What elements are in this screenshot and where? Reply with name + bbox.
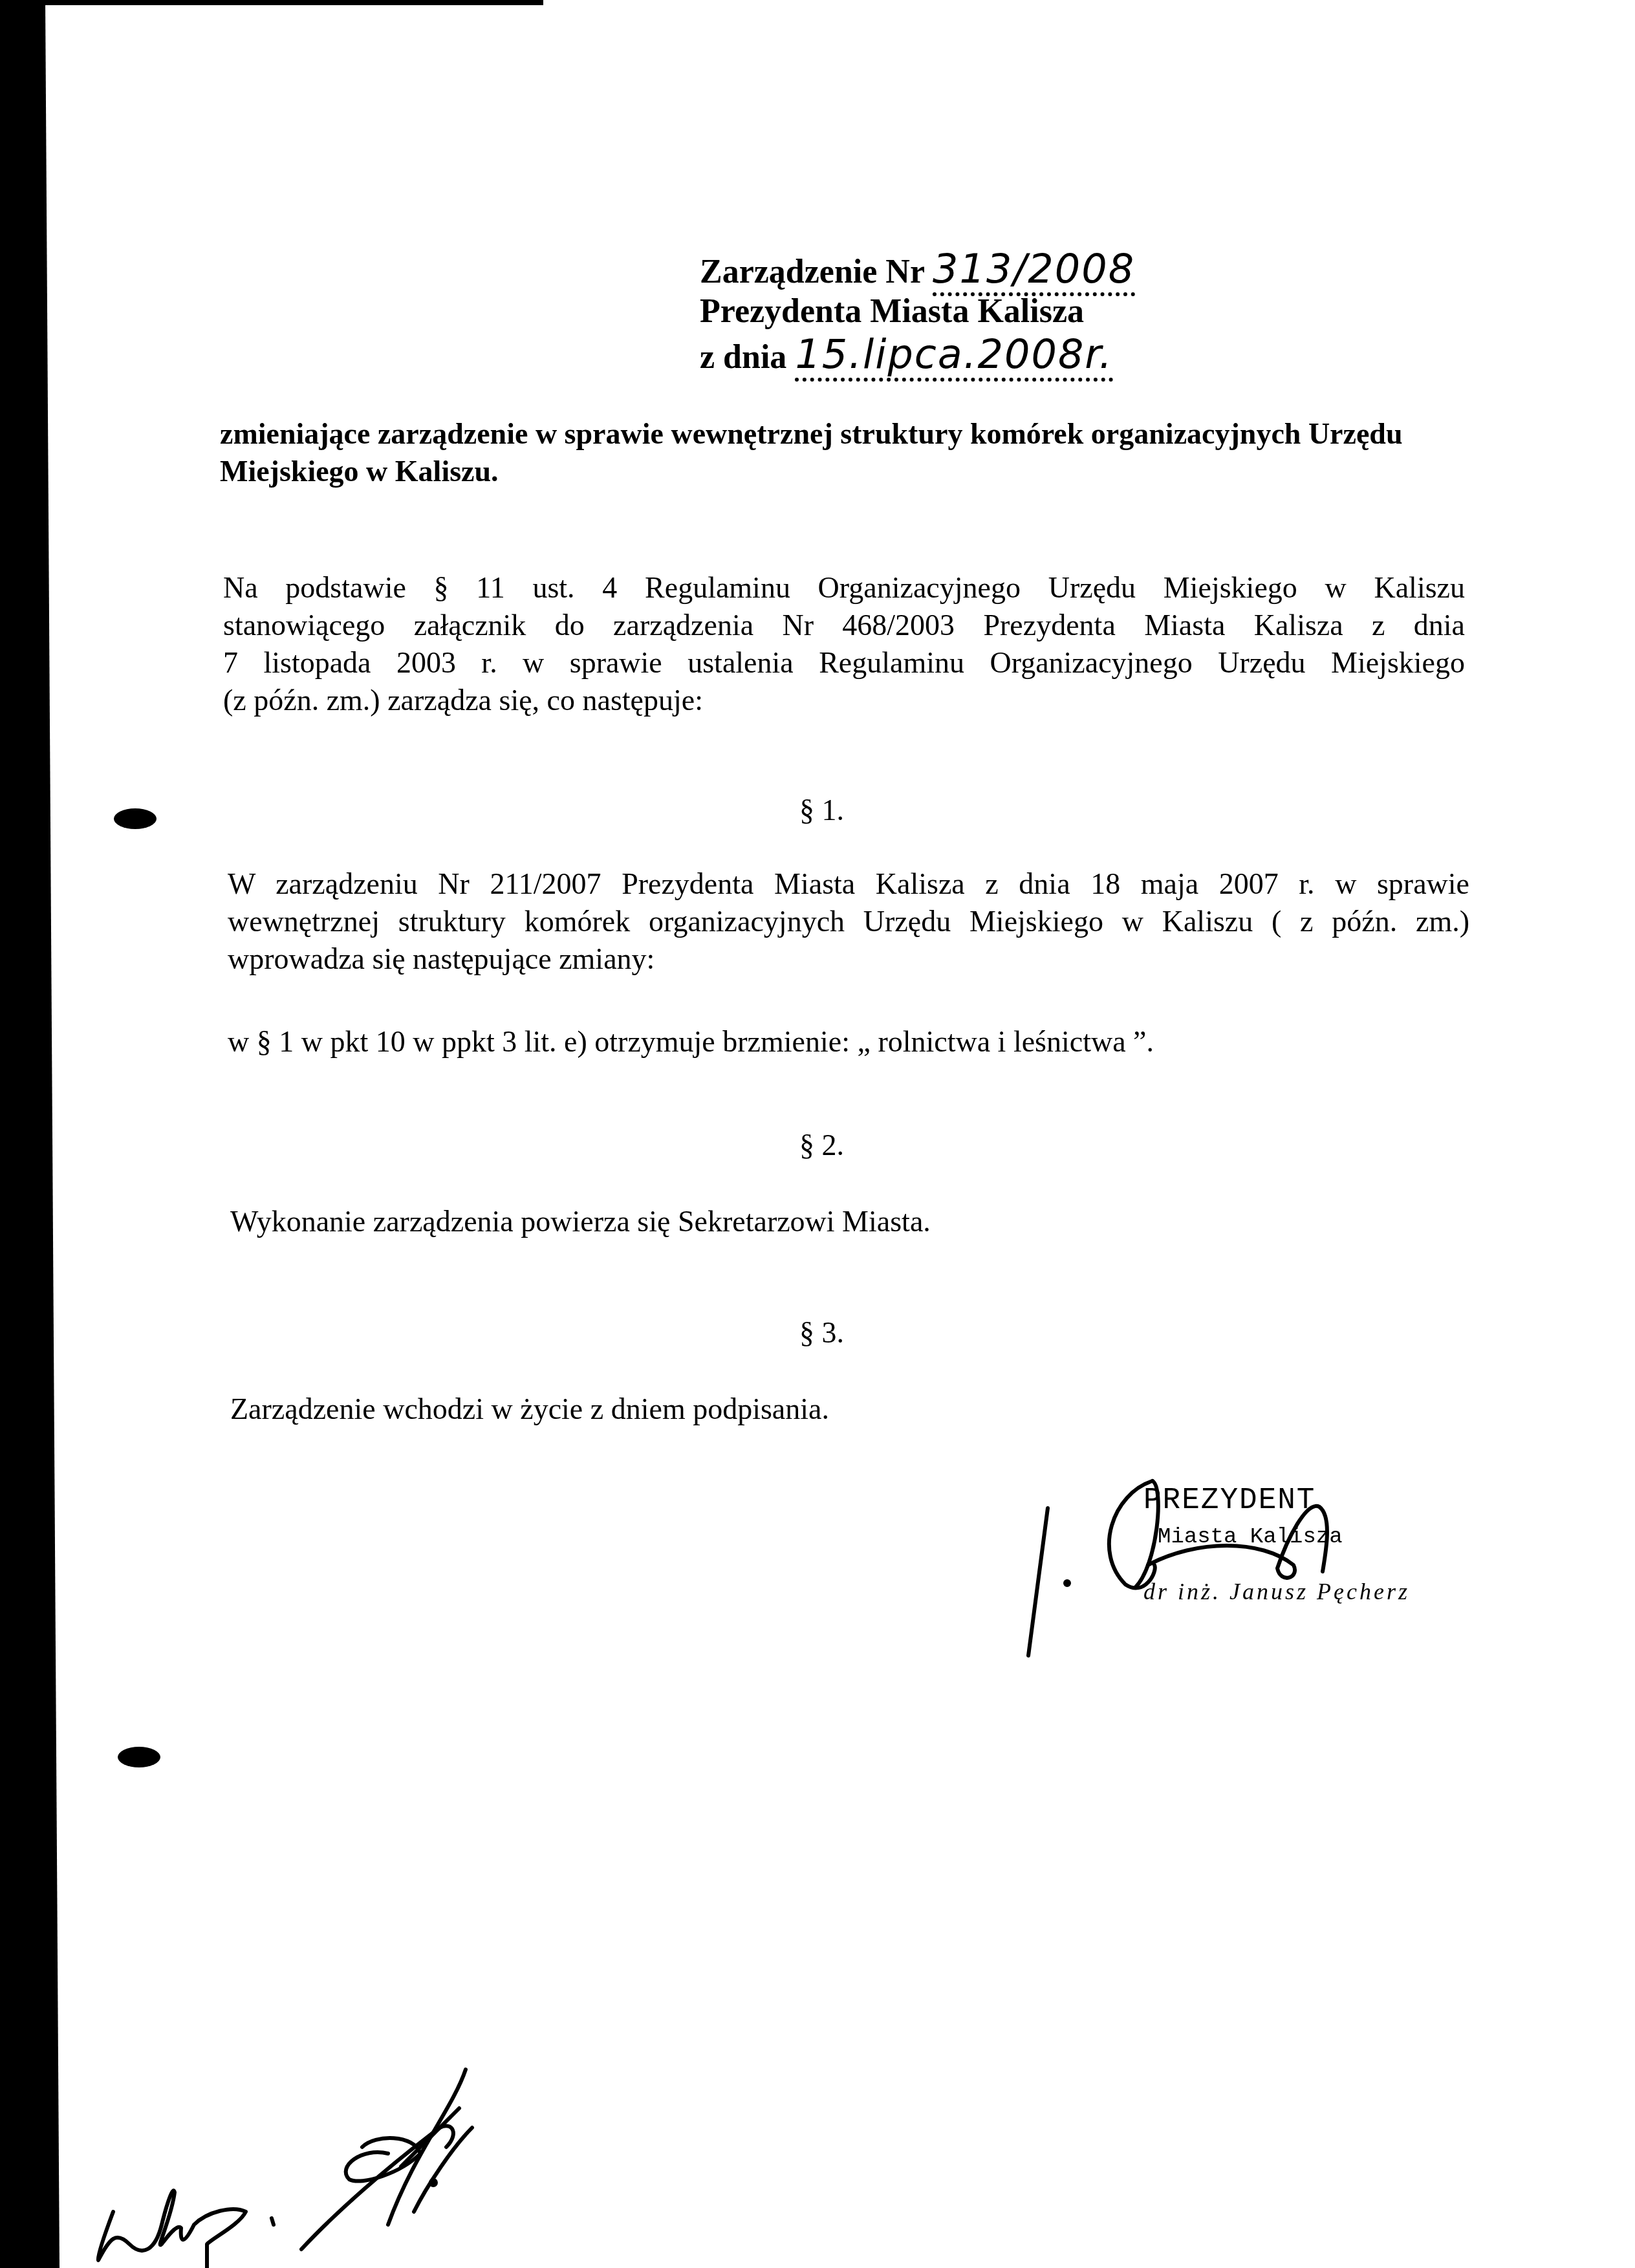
date-prefix: z dnia bbox=[700, 339, 786, 376]
punch-hole-bottom bbox=[118, 1747, 160, 1767]
section-1-amendment: w § 1 w pkt 10 w ppkt 3 lit. e) otrzymuj… bbox=[228, 1023, 1154, 1061]
issuer-line: Prezydenta Miasta Kalisza bbox=[700, 292, 1084, 331]
stamp-title: PREZYDENT bbox=[1143, 1484, 1316, 1517]
section-1-heading: § 1. bbox=[799, 793, 844, 827]
section-3-text: Zarządzenie wchodzi w życie z dniem podp… bbox=[230, 1390, 829, 1428]
handwritten-date: 15.lipca.2008r. bbox=[795, 330, 1113, 382]
section-3-heading: § 3. bbox=[799, 1315, 844, 1350]
date-line: z dnia 15.lipca.2008r. bbox=[700, 335, 1113, 377]
preamble-line: Na podstawie § 11 ust. 4 Regulaminu Orga… bbox=[223, 569, 1465, 607]
document-subject: zmieniające zarządzenie w sprawie wewnęt… bbox=[220, 415, 1423, 490]
preamble-line: 7 listopada 2003 r. w sprawie ustalenia … bbox=[223, 644, 1465, 682]
section-1-line: wprowadza się następujące zmiany: bbox=[228, 940, 655, 978]
section-1-line: W zarządzeniu Nr 211/2007 Prezydenta Mia… bbox=[228, 865, 1469, 903]
section-2-text: Wykonanie zarządzenia powierza się Sekre… bbox=[230, 1203, 931, 1240]
stamp-subtitle: Miasta Kalisza bbox=[1158, 1525, 1343, 1550]
document-title: Zarządzenie Nr 313/2008 bbox=[700, 250, 1135, 292]
punch-hole-top bbox=[114, 808, 157, 829]
stamp-name: dr inż. Janusz Pęcherz bbox=[1143, 1578, 1410, 1605]
preamble-line: stanowiącego załącznik do zarządzenia Nr… bbox=[223, 607, 1465, 644]
section-1-line: wewnętrznej struktury komórek organizacy… bbox=[228, 903, 1469, 940]
title-prefix: Zarządzenie Nr bbox=[700, 254, 924, 290]
section-2-heading: § 2. bbox=[799, 1128, 844, 1162]
preamble-line: (z późn. zm.) zarządza się, co następuje… bbox=[223, 682, 703, 719]
handwritten-number: 313/2008 bbox=[933, 245, 1135, 296]
scan-top-edge bbox=[0, 0, 543, 5]
